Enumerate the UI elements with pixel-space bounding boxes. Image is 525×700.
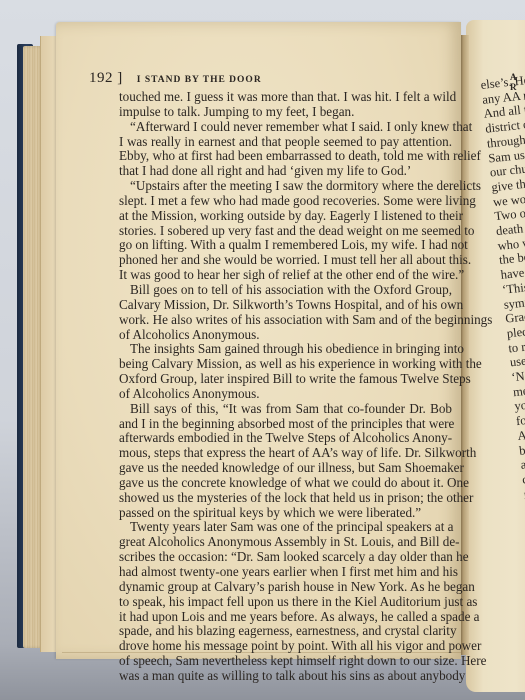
left-page-header: 192 ] I STAND BY THE DOOR [89,70,262,87]
text-line: mous, steps that express the heart of AA… [119,446,452,461]
text-line: of Alcoholics Anonymous. [119,387,452,402]
text-line: Ebby, who at first had been embarrassed … [119,149,452,164]
text-line: I was really in earnest and that people … [119,135,452,150]
text-line: had almost twenty-one years earlier when… [119,565,452,580]
left-page-body: touched me. I guess it was more than tha… [119,90,452,684]
text-line: dynamic group at Calvary’s parish house … [119,580,452,595]
text-line: Calvary Mission, Dr. Silkworth’s Towns H… [119,298,452,313]
text-line: being Calvary Mission, as well as his ex… [119,357,452,372]
text-line: scribes the occasion: “Dr. Sam looked sc… [119,550,452,565]
text-line: touched me. I guess it was more than tha… [119,90,452,105]
text-line: gave us the needed knowledge of our illn… [119,461,452,476]
text-line: of speech, Sam nevertheless kept himself… [119,654,452,669]
text-line: work. He also writes of his association … [119,313,452,328]
text-line: phoned her and she would be worried. I m… [119,253,452,268]
text-line: great Alcoholics Anonymous Assembly in S… [119,535,452,550]
text-line: go on lifting. With a qualm I remembered… [119,238,452,253]
text-line: was a man quite as willing to talk about… [119,669,452,684]
text-line: drove home his message point by point. W… [119,639,452,654]
text-line: “Afterward I could never remember what I… [119,120,452,135]
text-line: afterwards embodied in the Twelve Steps … [119,431,452,446]
text-line: Bill says of this, “It was from Sam that… [119,402,452,417]
running-head: I STAND BY THE DOOR [137,75,262,85]
text-line: The insights Sam gained through his obed… [119,342,452,357]
text-line: it had upon Lois and me years before. As… [119,610,452,625]
text-line: impulse to talk. Jumping to my feet, I b… [119,105,452,120]
text-line: passed on the spiritual keys by which we… [119,506,452,521]
text-line: at the Mission, working outside by day. … [119,209,452,224]
text-line: “Upstairs after the meeting I saw the do… [119,179,452,194]
text-line: and I in the beginning absorbed most of … [119,417,452,432]
page-number: 192 ] [89,70,123,87]
text-line: It was good to hear her sigh of relief a… [119,268,452,283]
text-line: showed us the mysteries of the lock that… [119,491,452,506]
text-line: stories. I sobered up very fast and the … [119,224,452,239]
text-line: Oxford Group, later inspired Bill to wri… [119,372,452,387]
text-line: Twenty years later Sam was one of the pr… [119,520,452,535]
text-line: Bill goes on to tell of his association … [119,283,452,298]
book-photo: 192 ] I STAND BY THE DOOR touched me. I … [0,0,525,700]
text-line: to speak, his impact fell upon us there … [119,595,452,610]
text-line: gave us the concrete knowledge of what w… [119,476,452,491]
text-line: spade, and his blazing eagerness, earnes… [119,624,452,639]
text-line: slept. I met a few who had made good rec… [119,194,452,209]
text-line: that I had done all right and had ‘given… [119,164,452,179]
text-line: of Alcoholics Anonymous. [119,328,452,343]
